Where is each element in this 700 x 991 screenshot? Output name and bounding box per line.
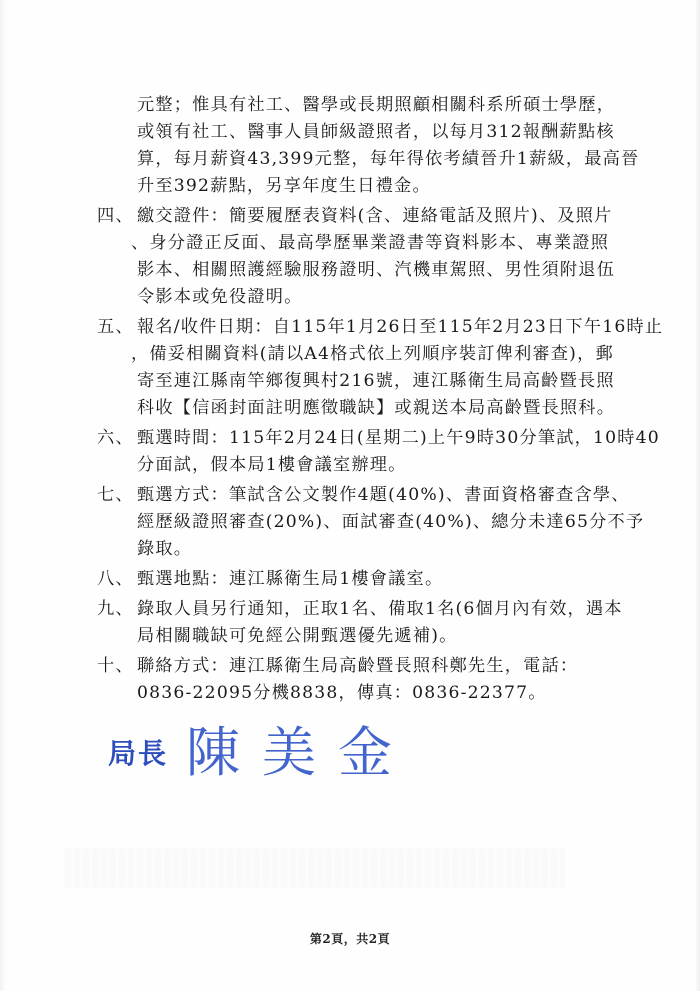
list-item-selection-location: 八、 甄選地點：連江縣衛生局1樓會議室。	[97, 566, 637, 593]
text-line: 影本、相關照護經驗服務證明、汽機車駕照、男性須附退伍	[137, 257, 637, 284]
list-item-admission-notice: 九、 錄取人員另行通知，正取1名、備取1名(6個月內有效，遇本 局相關職缺可免經…	[97, 596, 637, 650]
text-line: 0836-22095分機8838，傳真：0836-22377。	[137, 680, 637, 707]
text-line: 元整；惟具有社工、醫學或長期照顧相關科系所碩士學歷，	[137, 92, 637, 119]
signature-title: 局長	[108, 732, 168, 772]
text-line: 升至392薪點，另享年度生日禮金。	[137, 173, 637, 200]
director-signature-stamp: 局長 陳美金	[108, 708, 414, 788]
text-line: 算，每月薪資43,399元整，每年得依考績晉升1薪級，最高晉	[137, 146, 637, 173]
text-line: 錄取人員另行通知，正取1名、備取1名(6個月內有效，遇本	[137, 596, 637, 623]
item-marker: 八、	[97, 566, 137, 593]
item-marker: 四、	[97, 203, 137, 230]
signature-name: 陳美金	[186, 710, 414, 787]
text-line: 分面試，假本局1樓會議室辦理。	[137, 452, 637, 479]
list-item-selection-method: 七、 甄選方式：筆試含公文製作4題(40%)、書面資格審查含學、 經歷級證照審查…	[97, 482, 637, 563]
text-line: 錄取。	[137, 536, 637, 563]
item-marker: 六、	[97, 425, 137, 452]
text-line: 繳交證件：簡要履歷表資料(含、連絡電話及照片)、及照片	[137, 203, 637, 230]
text-line: 局相關職缺可免經公開甄選優先遞補)。	[137, 623, 637, 650]
item-marker: 七、	[97, 482, 137, 509]
list-item-selection-time: 六、 甄選時間：115年2月24日(星期二)上午9時30分筆試，10時40 分面…	[97, 425, 637, 479]
text-line: 甄選地點：連江縣衛生局1樓會議室。	[137, 566, 637, 593]
document-page: 元整；惟具有社工、醫學或長期照顧相關科系所碩士學歷， 或領有社工、醫事人員師級證…	[0, 0, 700, 991]
text-line: 甄選方式：筆試含公文製作4題(40%)、書面資格審查含學、	[137, 482, 637, 509]
text-line: 報名/收件日期：自115年1月26日至115年2月23日下午16時止	[137, 314, 637, 341]
item-marker: 十、	[97, 653, 137, 680]
list-item-application-dates: 五、 報名/收件日期：自115年1月26日至115年2月23日下午16時止 ，備…	[97, 314, 637, 422]
page-number-footer: 第2頁，共2頁	[0, 930, 700, 947]
scan-edge-right	[695, 0, 700, 991]
text-line: 令影本或免役證明。	[137, 284, 637, 311]
salary-continuation-paragraph: 元整；惟具有社工、醫學或長期照顧相關科系所碩士學歷， 或領有社工、醫事人員師級證…	[97, 92, 637, 200]
list-item-contact-info: 十、 聯絡方式：連江縣衛生局高齡暨長照科鄭先生，電話： 0836-22095分機…	[97, 653, 637, 707]
document-body: 元整；惟具有社工、醫學或長期照顧相關科系所碩士學歷， 或領有社工、醫事人員師級證…	[97, 92, 637, 710]
text-line: 寄至連江縣南竿鄉復興村216號，連江縣衛生局高齡暨長照	[137, 368, 637, 395]
scan-bleed-through	[65, 848, 565, 888]
item-marker: 九、	[97, 596, 137, 623]
text-line: 聯絡方式：連江縣衛生局高齡暨長照科鄭先生，電話：	[137, 653, 637, 680]
text-line: 經歷級證照審查(20%)、面試審查(40%)、總分未達65分不予	[137, 509, 637, 536]
text-line: ，備妥相關資料(請以A4格式依上列順序裝訂俾利審查)，郵	[131, 341, 637, 368]
text-line: 或領有社工、醫事人員師級證照者，以每月312報酬薪點核	[137, 119, 637, 146]
text-line: 、身分證正反面、最高學歷畢業證書等資料影本、專業證照	[131, 230, 637, 257]
scan-edge-left	[0, 0, 6, 991]
text-line: 科收【信函封面註明應徵職缺】或親送本局高齡暨長照科。	[137, 395, 637, 422]
text-line: 甄選時間：115年2月24日(星期二)上午9時30分筆試，10時40	[137, 425, 637, 452]
item-marker: 五、	[97, 314, 137, 341]
list-item-documents-required: 四、 繳交證件：簡要履歷表資料(含、連絡電話及照片)、及照片 、身分證正反面、最…	[97, 203, 637, 311]
